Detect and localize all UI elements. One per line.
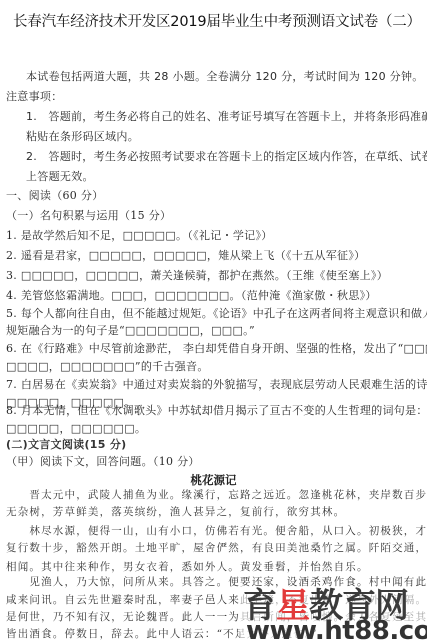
question-8-cont: □□□□□，□□□□□□。: [6, 422, 146, 436]
notice-heading: 注意事项：: [6, 90, 63, 104]
passage-line: 林尽水源，便得一山，山有小口，仿佛若有光。便舍船，从口入。初极狭，才通人。: [6, 524, 427, 538]
question-5: 5. 每个人都向往自由，但不能越过规矩。《论语》中孔子在这两者间将主观意识和做人: [6, 307, 427, 321]
intro-text: 本试卷包括两道大题，共 28 小题。全卷满分 120 分，考试时间为 120 分…: [26, 70, 424, 84]
notice-item-1-cont: 粘贴在条形码区域内。: [26, 130, 139, 144]
passage-line: 无杂树，芳草鲜美，落英缤纷，渔人甚异之，复前行，欲穷其林。: [6, 505, 345, 519]
notice-item-2: 2. 答题时，考生务必按照考试要求在答题卡上的指定区域内作答，在草纸、试卷: [26, 150, 427, 164]
passage-title: 桃花源记: [0, 472, 427, 488]
question-8: 8. 月本无情，但在《水调歌头》中苏轼却借月揭示了亘古不变的人生哲理的词句是：□: [6, 404, 427, 418]
watermark-url: www.ht88.com: [246, 618, 427, 644]
question-2: 2. 遥看是君家，□□□□□，□□□□□，雉从梁上飞（《十五从军征》）: [6, 249, 365, 263]
question-1: 1. 是故学然后知不足，□□□□□。（《礼记・学记》）: [6, 229, 273, 243]
passage-line: 晋太元中，武陵人捕鱼为业。缘溪行，忘路之远近。忽逢桃花林，夹岸数百步，中: [6, 488, 427, 502]
exam-title: 长春汽车经济技术开发区2019届毕业生中考预测语文试卷（二）: [13, 10, 421, 31]
question-6-cont: □□□□，□□□□□□□”的千古强音。: [6, 360, 209, 374]
question-5-cont: 规矩融合为一的句子是“□□□□□□□，□□□。”: [6, 324, 255, 338]
part-a-instruction: （甲）阅读下文，回答问题。（10 分）: [6, 455, 200, 469]
question-3: 3. □□□□□，□□□□□，萧关逢候骑，都护在燕然。（王维《使至塞上》）: [6, 269, 388, 283]
subsection-1-heading: （一）名句积累与运用（15 分）: [6, 209, 171, 223]
question-6: 6. 在《行路难》中尽管前途渺茫， 李白却凭借自身开朗、坚强的性格，发出了“□□…: [6, 342, 427, 356]
passage-line: 复行数十步，豁然开朗。土地平旷，屋舍俨然，有良田美池桑竹之属。阡陌交通，鸡犬: [6, 541, 427, 555]
passage-line: 相闻。其中往来种作，男女衣着，悉如外人。黄发垂髫，并怡然自乐。: [6, 560, 369, 574]
notice-item-1: 1. 答题前，考生务必将自己的姓名、准考证号填写在答题卡上，并将条形码准确: [26, 110, 427, 124]
notice-item-2-cont: 上答题无效。: [26, 170, 94, 184]
question-4: 4. 羌管悠悠霜满地。□□□，□□□□□□□。（范仲淹《渔家傲・秋思》）: [6, 289, 377, 303]
subsection-2-heading: (二)文言文阅读(15 分): [6, 438, 126, 452]
section-1-heading: 一、阅读（60 分）: [6, 189, 104, 203]
question-7: 7. 白居易在《卖炭翁》中通过对卖炭翁的外貌描写，表现底层劳动人民艰难生活的诗句…: [6, 378, 427, 392]
